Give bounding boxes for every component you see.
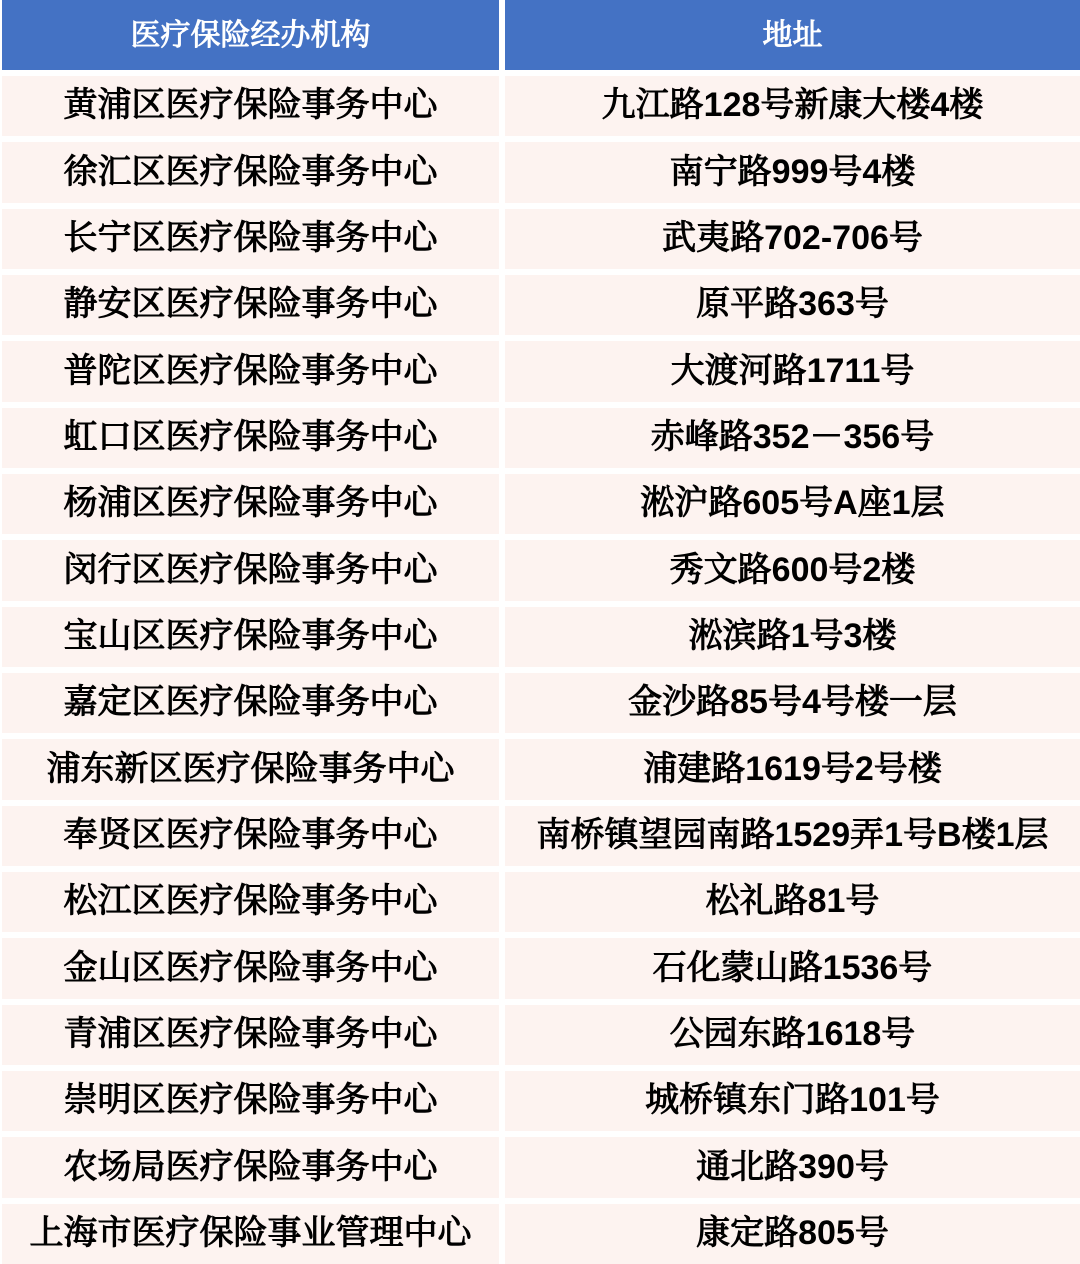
- org-cell: 崇明区医疗保险事务中心: [2, 1071, 499, 1131]
- org-cell: 浦东新区医疗保险事务中心: [2, 739, 499, 799]
- org-cell: 长宁区医疗保险事务中心: [2, 209, 499, 269]
- table-row: 浦东新区医疗保险事务中心 浦建路1619号2号楼: [2, 739, 1080, 799]
- org-cell: 静安区医疗保险事务中心: [2, 275, 499, 335]
- table-row: 青浦区医疗保险事务中心 公园东路1618号: [2, 1005, 1080, 1065]
- org-cell: 杨浦区医疗保险事务中心: [2, 474, 499, 534]
- address-cell: 金沙路85号4号楼一层: [505, 673, 1080, 733]
- address-cell: 通北路390号: [505, 1137, 1080, 1197]
- address-cell: 松礼路81号: [505, 872, 1080, 932]
- org-cell: 青浦区医疗保险事务中心: [2, 1005, 499, 1065]
- org-cell: 虹口区医疗保险事务中心: [2, 408, 499, 468]
- address-cell: 南宁路999号4楼: [505, 142, 1080, 202]
- table-row: 崇明区医疗保险事务中心 城桥镇东门路101号: [2, 1071, 1080, 1131]
- table-row: 黄浦区医疗保险事务中心 九江路128号新康大楼4楼: [2, 76, 1080, 136]
- table-row: 松江区医疗保险事务中心 松礼路81号: [2, 872, 1080, 932]
- table-row: 上海市医疗保险事业管理中心 康定路805号: [2, 1204, 1080, 1264]
- address-cell: 公园东路1618号: [505, 1005, 1080, 1065]
- org-cell: 农场局医疗保险事务中心: [2, 1137, 499, 1197]
- org-cell: 宝山区医疗保险事务中心: [2, 607, 499, 667]
- org-cell: 奉贤区医疗保险事务中心: [2, 806, 499, 866]
- table-row: 宝山区医疗保险事务中心 淞滨路1号3楼: [2, 607, 1080, 667]
- org-cell: 徐汇区医疗保险事务中心: [2, 142, 499, 202]
- address-cell: 城桥镇东门路101号: [505, 1071, 1080, 1131]
- address-cell: 石化蒙山路1536号: [505, 938, 1080, 998]
- address-cell: 赤峰路352－356号: [505, 408, 1080, 468]
- table-row: 金山区医疗保险事务中心 石化蒙山路1536号: [2, 938, 1080, 998]
- address-cell: 淞滨路1号3楼: [505, 607, 1080, 667]
- org-cell: 嘉定区医疗保险事务中心: [2, 673, 499, 733]
- address-cell: 淞沪路605号A座1层: [505, 474, 1080, 534]
- table-row: 静安区医疗保险事务中心 原平路363号: [2, 275, 1080, 335]
- insurance-centers-table: 医疗保险经办机构 地址 黄浦区医疗保险事务中心 九江路128号新康大楼4楼 徐汇…: [0, 0, 1080, 1264]
- address-cell: 大渡河路1711号: [505, 341, 1080, 401]
- org-cell: 黄浦区医疗保险事务中心: [2, 76, 499, 136]
- org-cell: 普陀区医疗保险事务中心: [2, 341, 499, 401]
- table-row: 虹口区医疗保险事务中心 赤峰路352－356号: [2, 408, 1080, 468]
- table-row: 农场局医疗保险事务中心 通北路390号: [2, 1137, 1080, 1197]
- table-row: 闵行区医疗保险事务中心 秀文路600号2楼: [2, 540, 1080, 600]
- table-header-row: 医疗保险经办机构 地址: [2, 0, 1080, 70]
- org-cell: 金山区医疗保险事务中心: [2, 938, 499, 998]
- address-cell: 浦建路1619号2号楼: [505, 739, 1080, 799]
- address-cell: 武夷路702-706号: [505, 209, 1080, 269]
- table-row: 徐汇区医疗保险事务中心 南宁路999号4楼: [2, 142, 1080, 202]
- address-cell: 九江路128号新康大楼4楼: [505, 76, 1080, 136]
- header-org-column: 医疗保险经办机构: [2, 0, 499, 70]
- table-row: 奉贤区医疗保险事务中心 南桥镇望园南路1529弄1号B楼1层: [2, 806, 1080, 866]
- table-row: 普陀区医疗保险事务中心 大渡河路1711号: [2, 341, 1080, 401]
- address-cell: 南桥镇望园南路1529弄1号B楼1层: [505, 806, 1080, 866]
- address-cell: 康定路805号: [505, 1204, 1080, 1264]
- org-cell: 松江区医疗保险事务中心: [2, 872, 499, 932]
- address-cell: 原平路363号: [505, 275, 1080, 335]
- address-cell: 秀文路600号2楼: [505, 540, 1080, 600]
- table-row: 长宁区医疗保险事务中心 武夷路702-706号: [2, 209, 1080, 269]
- org-cell: 闵行区医疗保险事务中心: [2, 540, 499, 600]
- table-row: 杨浦区医疗保险事务中心 淞沪路605号A座1层: [2, 474, 1080, 534]
- table-row: 嘉定区医疗保险事务中心 金沙路85号4号楼一层: [2, 673, 1080, 733]
- header-address-column: 地址: [505, 0, 1080, 70]
- org-cell: 上海市医疗保险事业管理中心: [2, 1204, 499, 1264]
